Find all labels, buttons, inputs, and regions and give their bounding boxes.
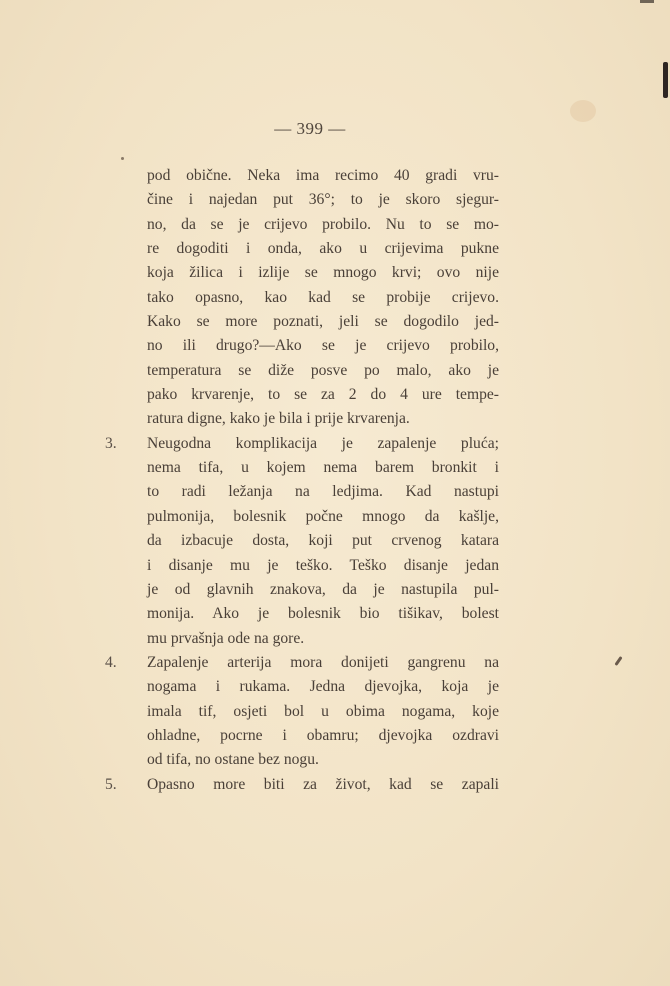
text-line: mu prvašnja ode na gore. [147, 627, 499, 651]
text-line: čine i najedan put 36°; to je skoro sjeg… [147, 188, 499, 212]
text-line: temperatura se diže posve po malo, ako j… [147, 359, 499, 383]
text-line: od tifa, no ostane bez nogu. [147, 748, 499, 772]
ink-dot [121, 157, 124, 160]
text-line: tako opasno, kao kad se probije crijevo. [147, 286, 499, 310]
list-number: 5. [105, 773, 117, 797]
text-line: da izbacuje dosta, koji put crvenog kata… [147, 529, 499, 553]
list-item-5: 5.Opasno more biti za život, kad se zapa… [147, 773, 499, 797]
list-item-4: 4.Zapalenje arterija mora donijeti gangr… [147, 651, 499, 675]
text-line: monija. Ako je bolesnik bio tišikav, bol… [147, 602, 499, 626]
text-line: i disanje mu je teško. Teško disanje jed… [147, 554, 499, 578]
text-line: no ili drugo?—Ako se je crijevo probilo, [147, 334, 499, 358]
list-item-3: 3.Neugodna komplikacija je zapalenje plu… [147, 432, 499, 456]
text-line: nogama i rukama. Jedna djevojka, koja je [147, 675, 499, 699]
text-line: pod obične. Neka ima recimo 40 gradi vru… [147, 164, 499, 188]
list-number: 4. [105, 651, 117, 675]
page-number: — 399 — [0, 119, 620, 139]
text-line: je od glavnih znakova, da je nastupila p… [147, 578, 499, 602]
body-text: pod obične. Neka ima recimo 40 gradi vru… [147, 164, 499, 797]
text-line: no, da se je crijevo probilo. Nu to se m… [147, 213, 499, 237]
text-line: imala tif, osjeti bol u obima nogama, ko… [147, 700, 499, 724]
text-line: ohladne, pocrne i obamru; djevojka ozdra… [147, 724, 499, 748]
page-edge-mark [663, 62, 668, 98]
list-number: 3. [105, 432, 117, 456]
text-line: ratura digne, kako je bila i prije krvar… [147, 407, 499, 431]
text-line: nema tifa, u kojem nema barem bronkit i [147, 456, 499, 480]
scanned-page: — 399 — pod obične. Neka ima recimo 40 g… [0, 0, 670, 986]
text-line: koja žilica i izlije se mnogo krvi; ovo … [147, 261, 499, 285]
text-line: re dogoditi i onda, ako u crijevima pukn… [147, 237, 499, 261]
text-line: pulmonija, bolesnik počne mnogo da kašlj… [147, 505, 499, 529]
text-line: pako krvarenje, to se za 2 do 4 ure temp… [147, 383, 499, 407]
ink-speck [614, 656, 622, 666]
page-edge-mark [640, 0, 654, 3]
text-line: Kako se more poznati, jeli se dogodilo j… [147, 310, 499, 334]
text-line: to radi ležanja na ledjima. Kad nastupi [147, 480, 499, 504]
